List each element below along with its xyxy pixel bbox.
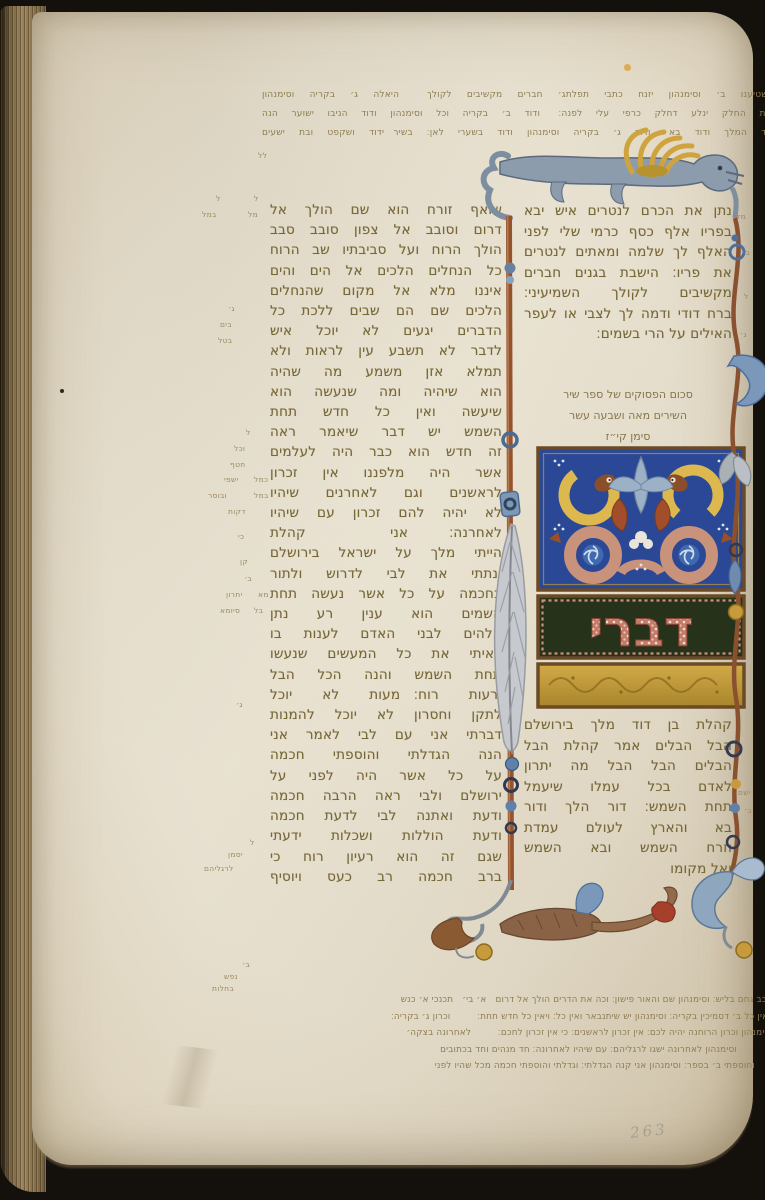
ink-speck [624,64,631,71]
decorated-border [442,137,765,977]
margin-note: מא [258,591,269,599]
margin-note: נפש [224,973,238,981]
margin-note: ל [744,293,749,301]
folio-number: 263 [629,1120,668,1142]
masorah-magna-top: תשטיענו ב׳ וסימנהון יזנח כתבי תפלתג׳ חבר… [262,86,765,143]
text-line: תשטיענו ב׳ וסימנהון יזנח כתבי תפלתג׳ חבר… [262,86,765,105]
margin-note: ובוסר [208,492,227,500]
right-border-vine [719,218,765,884]
margin-note: ישפי [224,476,239,484]
masorah-magna-bottom: סבב גחם בליש׃ וסימנהון שם והאור פישון׃ ו… [217,992,765,1075]
margin-note: ב׳ [744,807,752,815]
margin-note: ישם [738,789,751,797]
text-line: סבב גחם בליש׃ וסימנהון שם והאור פישון׃ ו… [217,992,765,1009]
margin-note: ל [254,195,259,203]
margin-note: לרגליהם [204,865,234,873]
margin-note: בים [220,321,232,329]
margin-note: וכל [234,445,245,453]
margin-note: כמל [254,476,268,484]
bottom-border-foliage [432,858,765,960]
text-line: וסימנהון וכרון הרוחנה יהיה לכם׃ אין זכרו… [217,1025,765,1042]
margin-note: יתרון [226,591,242,599]
margin-note: ל [216,195,221,203]
margin-note: במל [254,492,269,500]
margin-note: לל [258,152,267,160]
manuscript-photo: תשטיענו ב׳ וסימנהון יזנח כתבי תפלתג׳ חבר… [0,0,765,1200]
margin-note: בל [254,607,263,615]
margin-note: ב׳ [742,249,750,257]
margin-note: יסמן [228,851,243,859]
text-line: יאת החלק ינלע דחלק כרפי עלי לפנה׃ ודוד ב… [262,105,765,124]
margin-note: בטל [218,337,232,345]
margin-note: דקות [228,508,246,516]
margin-note: ב׳ [242,961,250,969]
margin-note: חטף [230,461,245,469]
margin-note: סיומא [220,607,240,615]
edge-speck [60,389,64,393]
parchment-page: תשטיענו ב׳ וסימנהון יזנח כתבי תפלתג׳ חבר… [32,12,753,1165]
text-line: וחוספתי ב׳ בספר׃ וסימנהון אני קנה הגדלתי… [217,1058,765,1075]
text-line: וסימנהון לאחרונה ישגו לרגליהם׃ עם שיהיו … [217,1042,765,1059]
center-border-rod [495,216,526,890]
margin-note: ב׳ [244,575,252,583]
margin-note: במל [202,211,217,219]
margin-note: כי [238,533,244,541]
margin-note: ל [735,197,740,205]
text-line: ויאין כל ב׳ דסמיכין בקריה׃ וסימנהון יש ש… [217,1009,765,1026]
margin-note: ל [250,839,255,847]
margin-note: מל [736,213,746,221]
margin-note: בחלות [212,985,234,993]
top-border-dragon [484,130,744,218]
margin-note: מל [248,211,258,219]
margin-note: ג׳ [236,701,243,709]
margin-note: קן [240,558,248,566]
margin-note: ג׳ [228,305,235,313]
feather-ornament [495,524,526,771]
margin-note: ג׳ [740,331,747,339]
margin-note: ל [246,429,251,437]
